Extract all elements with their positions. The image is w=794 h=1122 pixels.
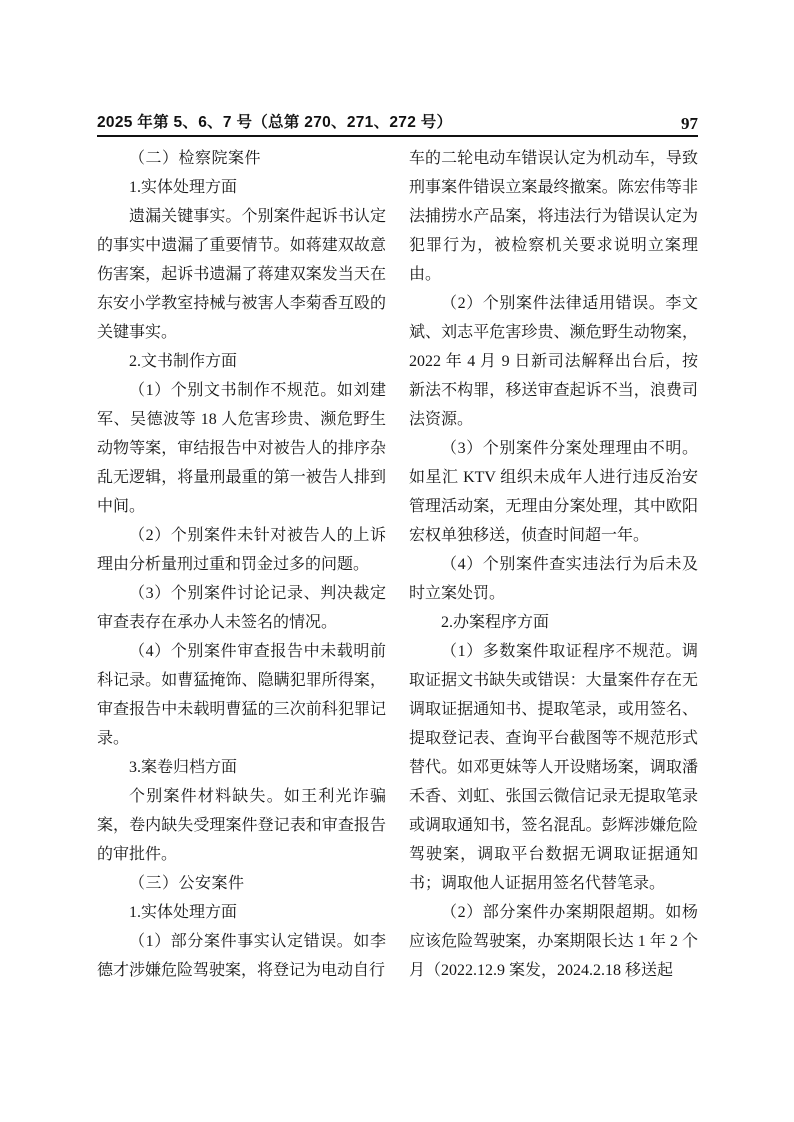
paragraph: （2）个别案件未针对被告人的上诉理由分析量刑过重和罚金过多的问题。 <box>97 521 386 579</box>
subsection-heading: 2.办案程序方面 <box>409 608 698 637</box>
journal-issue-line: 2025 年第 5、6、7 号（总第 270、271、272 号） <box>97 110 452 132</box>
section-heading: （三）公安案件 <box>97 869 386 898</box>
paragraph: 个别案件材料缺失。如王利光诈骗案，卷内缺失受理案件登记表和审查报告的审批件。 <box>97 782 386 869</box>
paragraph: （4）个别案件审查报告中未载明前科记录。如曹猛掩饰、隐瞒犯罪所得案，审查报告中未… <box>97 637 386 753</box>
subsection-heading: 3.案卷归档方面 <box>97 753 386 782</box>
paragraph: （1）部分案件事实认定错误。如李德才涉嫌危险驾驶案，将登记为电动自行 <box>97 927 386 985</box>
subsection-heading: 2.文书制作方面 <box>97 347 386 376</box>
paragraph: （2）个别案件法律适用错误。李文斌、刘志平危害珍贵、濒危野生动物案，2022 年… <box>409 289 698 434</box>
subsection-heading: 1.实体处理方面 <box>97 173 386 202</box>
document-page: 2025 年第 5、6、7 号（总第 270、271、272 号） 97 （二）… <box>0 0 794 1122</box>
right-column: 车的二轮电动车错误认定为机动车，导致刑事案件错误立案最终撤案。陈宏伟等非法捕捞水… <box>409 144 698 985</box>
paragraph: （4）个别案件查实违法行为后未及时立案处罚。 <box>409 550 698 608</box>
paragraph: （3）个别案件讨论记录、判决裁定审查表存在承办人未签名的情况。 <box>97 579 386 637</box>
paragraph: 遗漏关键事实。个别案件起诉书认定的事实中遗漏了重要情节。如蒋建双故意伤害案，起诉… <box>97 202 386 347</box>
section-heading: （二）检察院案件 <box>97 144 386 173</box>
left-column: （二）检察院案件 1.实体处理方面 遗漏关键事实。个别案件起诉书认定的事实中遗漏… <box>97 144 386 985</box>
paragraph: （1）多数案件取证程序不规范。调取证据文书缺失或错误：大量案件存在无调取证据通知… <box>409 637 698 898</box>
page-header: 2025 年第 5、6、7 号（总第 270、271、272 号） 97 <box>97 110 698 137</box>
page-number: 97 <box>681 115 698 132</box>
paragraph: （3）个别案件分案处理理由不明。如星汇 KTV 组织未成年人进行违反治安管理活动… <box>409 434 698 550</box>
page-content: 2025 年第 5、6、7 号（总第 270、271、272 号） 97 （二）… <box>97 110 698 985</box>
two-column-body: （二）检察院案件 1.实体处理方面 遗漏关键事实。个别案件起诉书认定的事实中遗漏… <box>97 144 698 985</box>
paragraph: （1）个别文书制作不规范。如刘建军、吴德波等 18 人危害珍贵、濒危野生动物等案… <box>97 376 386 521</box>
paragraph-continuation: 车的二轮电动车错误认定为机动车，导致刑事案件错误立案最终撤案。陈宏伟等非法捕捞水… <box>409 144 698 289</box>
subsection-heading: 1.实体处理方面 <box>97 898 386 927</box>
paragraph: （2）部分案件办案期限超期。如杨应该危险驾驶案，办案期限长达 1 年 2 个月（… <box>409 898 698 985</box>
